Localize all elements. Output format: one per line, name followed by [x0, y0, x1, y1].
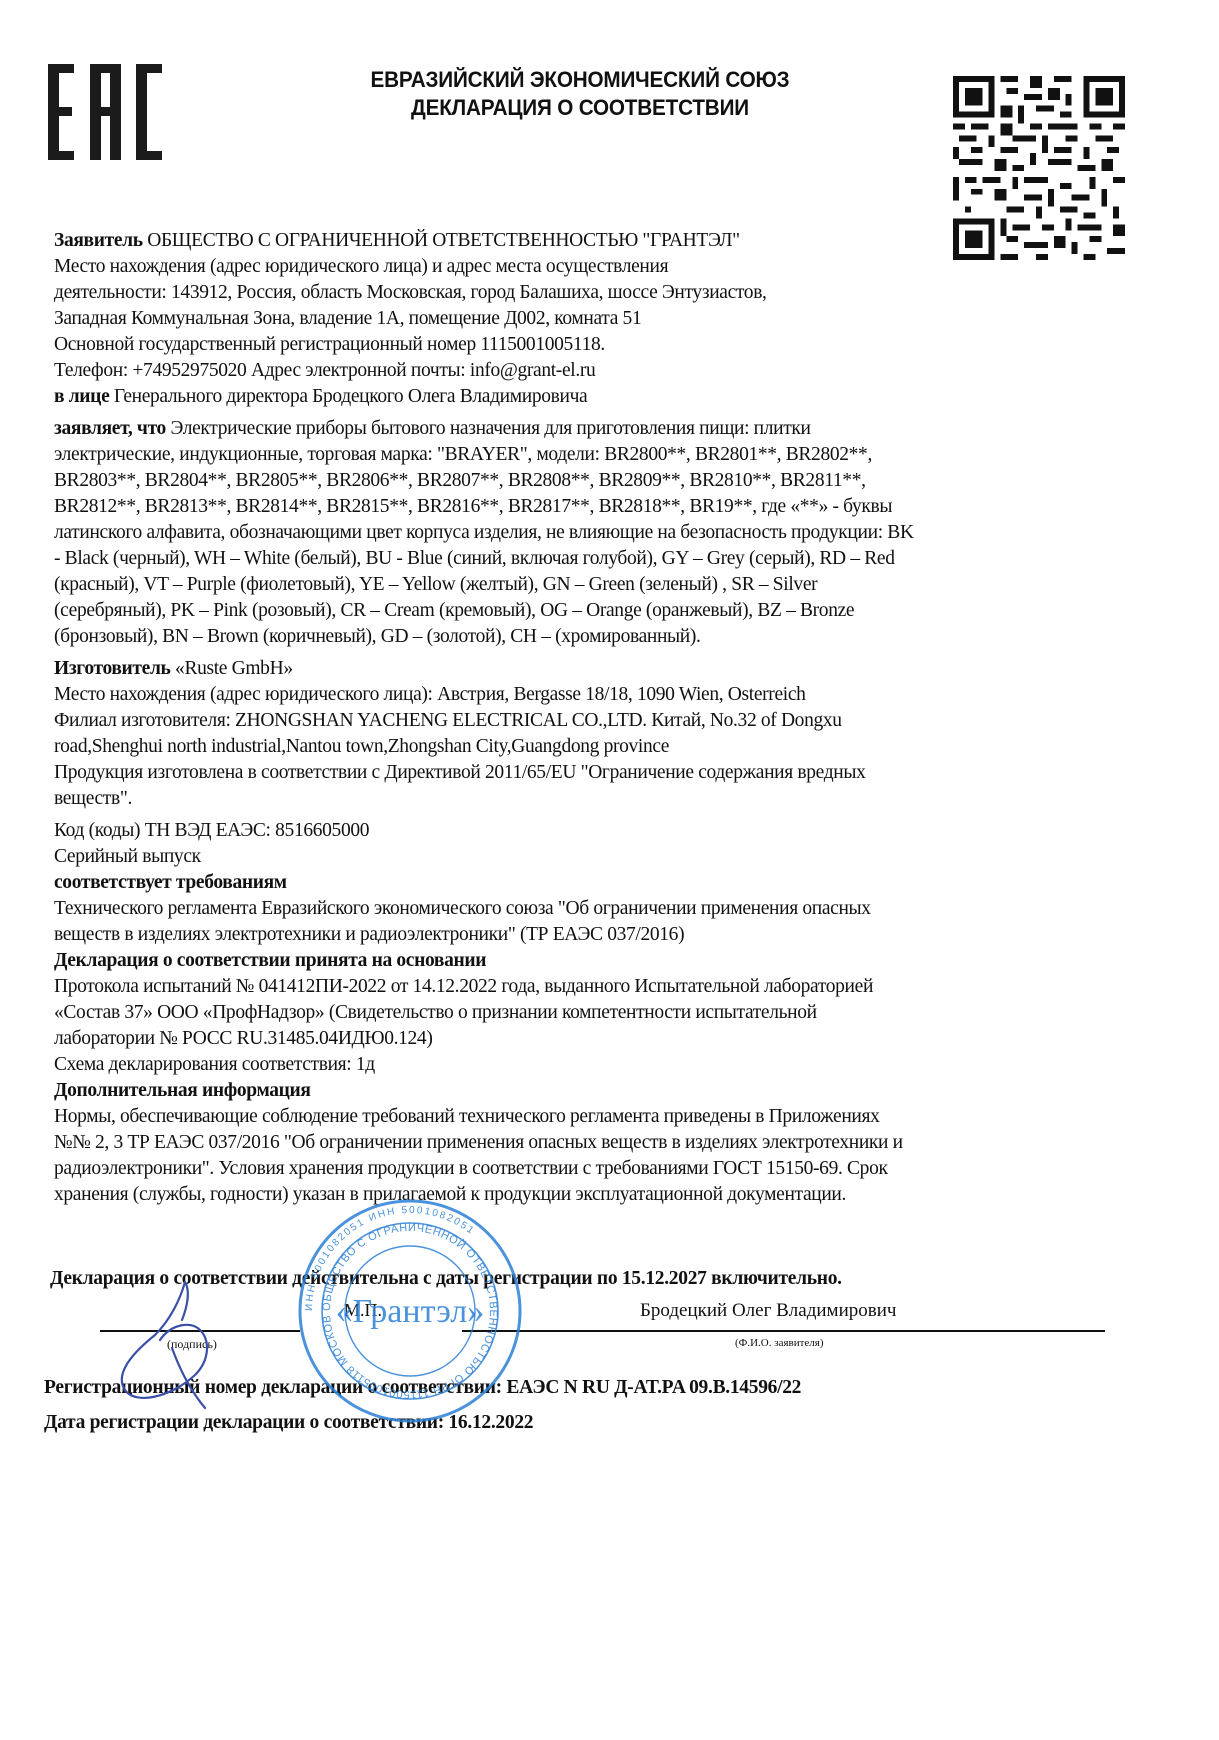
manufacturer-address: Место нахождения (адрес юридического лиц…: [54, 682, 1114, 708]
additional-info-label: Дополнительная информация: [54, 1078, 1114, 1104]
applicant-address-line: Место нахождения (адрес юридического лиц…: [54, 254, 1114, 280]
manufacturer-label: Изготовитель: [54, 658, 171, 679]
applicant-contacts: Телефон: +74952975020 Адрес электронной …: [54, 358, 1114, 384]
validity-statement: Декларация о соответствии действительна …: [50, 1268, 842, 1290]
svg-text:ОБЩЕСТВО С ОГРАНИЧЕННОЙ ОТВЕТС: ОБЩЕСТВО С ОГРАНИЧЕННОЙ ОТВЕТСТВЕННОСТЬЮ…: [297, 1198, 499, 1400]
manufacturer-name: «Ruste GmbH»: [171, 658, 293, 679]
color-codes-line: - Black (черный), WH – White (белый), BU…: [54, 546, 1114, 572]
applicant-ogrn: Основной государственный регистрационный…: [54, 332, 1114, 358]
applicant-address-line: Западная Коммунальная Зона, владение 1А,…: [54, 306, 1114, 332]
title-union: ЕВРАЗИЙСКИЙ ЭКОНОМИЧЕСКИЙ СОЮЗ: [240, 66, 921, 94]
product-description: Электрические приборы бытового назначени…: [166, 418, 811, 439]
registration-number: Регистрационный номер декларации о соотв…: [44, 1377, 801, 1399]
applicant-label: Заявитель: [54, 230, 143, 251]
tn-ved-code: Код (коды) ТН ВЭД ЕАЭС: 8516605000: [54, 818, 1114, 844]
title-declaration: ДЕКЛАРАЦИЯ О СООТВЕТСТВИИ: [240, 94, 921, 122]
manufacturer-line: Изготовитель «Ruste GmbH»: [54, 656, 1114, 682]
registration-date: Дата регистрации декларации о соответств…: [44, 1412, 533, 1434]
test-protocol-line: Протокола испытаний № 041412ПИ-2022 от 1…: [54, 974, 1114, 1000]
svg-text:ИНН 5001082051 ИНН 5001082051: ИНН 5001082051 ИНН 5001082051: [304, 1205, 477, 1311]
represented-by-line: в лице Генерального директора Бродецкого…: [54, 384, 1114, 410]
test-protocol-line: лаборатории № РОСС RU.31485.04ИДЮ0.124): [54, 1026, 1114, 1052]
regulation-line: Технического регламента Евразийского эко…: [54, 896, 1114, 922]
applicant-line: Заявитель ОБЩЕСТВО С ОГРАНИЧЕННОЙ ОТВЕТС…: [54, 228, 1114, 254]
product-models-line: BR2812**, BR2813**, BR2814**, BR2815**, …: [54, 494, 1114, 520]
directive-line: Продукция изготовлена в соответствии с Д…: [54, 760, 1114, 786]
production-type: Серийный выпуск: [54, 844, 1114, 870]
color-codes-line: (бронзовый), BN – Brown (коричневый), GD…: [54, 624, 1114, 650]
additional-info-line: №№ 2, 3 ТР ЕАЭС 037/2016 "Об ограничении…: [54, 1130, 1114, 1156]
additional-info-line: Нормы, обеспечивающие соблюдение требова…: [54, 1104, 1114, 1130]
declares-label: заявляет, что: [54, 418, 166, 439]
color-codes-line: латинского алфавита, обозначающими цвет …: [54, 520, 1114, 546]
represented-label: в лице: [54, 386, 109, 407]
regulation-line: веществ в изделиях электротехники и ради…: [54, 922, 1114, 948]
color-codes-line: (красный), VT – Purple (фиолетовый), YE …: [54, 572, 1114, 598]
declares-line: заявляет, что Электрические приборы быто…: [54, 416, 1114, 442]
manufacturer-branch: road,Shenghui north industrial,Nantou to…: [54, 734, 1114, 760]
declaration-scheme: Схема декларирования соответствия: 1д: [54, 1052, 1114, 1078]
manufacturer-branch: Филиал изготовителя: ZHONGSHAN YACHENG E…: [54, 708, 1114, 734]
test-protocol-line: «Состав 37» ООО «ПрофНадзор» (Свидетельс…: [54, 1000, 1114, 1026]
declaration-body: Заявитель ОБЩЕСТВО С ОГРАНИЧЕННОЙ ОТВЕТС…: [54, 228, 1114, 1208]
declaration-document: ЕВРАЗИЙСКИЙ ЭКОНОМИЧЕСКИЙ СОЮЗ ДЕКЛАРАЦИ…: [0, 0, 1219, 1740]
additional-info-line: хранения (службы, годности) указан в при…: [54, 1182, 1114, 1208]
represented-by: Генерального директора Бродецкого Олега …: [109, 386, 587, 407]
applicant-address-line: деятельности: 143912, Россия, область Мо…: [54, 280, 1114, 306]
product-models-line: BR2803**, BR2804**, BR2805**, BR2806**, …: [54, 468, 1114, 494]
additional-info-line: радиоэлектроники". Условия хранения прод…: [54, 1156, 1114, 1182]
signer-caption: (Ф.И.О. заявителя): [735, 1337, 824, 1349]
applicant-name: ОБЩЕСТВО С ОГРАНИЧЕННОЙ ОТВЕТСТВЕННОСТЬЮ…: [143, 230, 740, 251]
seal-label: М.П.: [344, 1300, 382, 1321]
basis-label: Декларация о соответствии принята на осн…: [54, 948, 1114, 974]
signature-line: [100, 1330, 300, 1332]
directive-line: веществ".: [54, 786, 1114, 812]
color-codes-line: (серебряный), PK – Pink (розовый), CR – …: [54, 598, 1114, 624]
product-line: электрические, индукционные, торговая ма…: [54, 442, 1114, 468]
eac-logo: [48, 64, 162, 160]
conformity-label: соответствует требованиям: [54, 870, 1114, 896]
signer-name: Бродецкий Олег Владимирович: [640, 1300, 896, 1322]
signer-name-line: [462, 1330, 1105, 1332]
signature-caption: (подпись): [167, 1337, 217, 1352]
document-title: ЕВРАЗИЙСКИЙ ЭКОНОМИЧЕСКИЙ СОЮЗ ДЕКЛАРАЦИ…: [240, 66, 921, 122]
